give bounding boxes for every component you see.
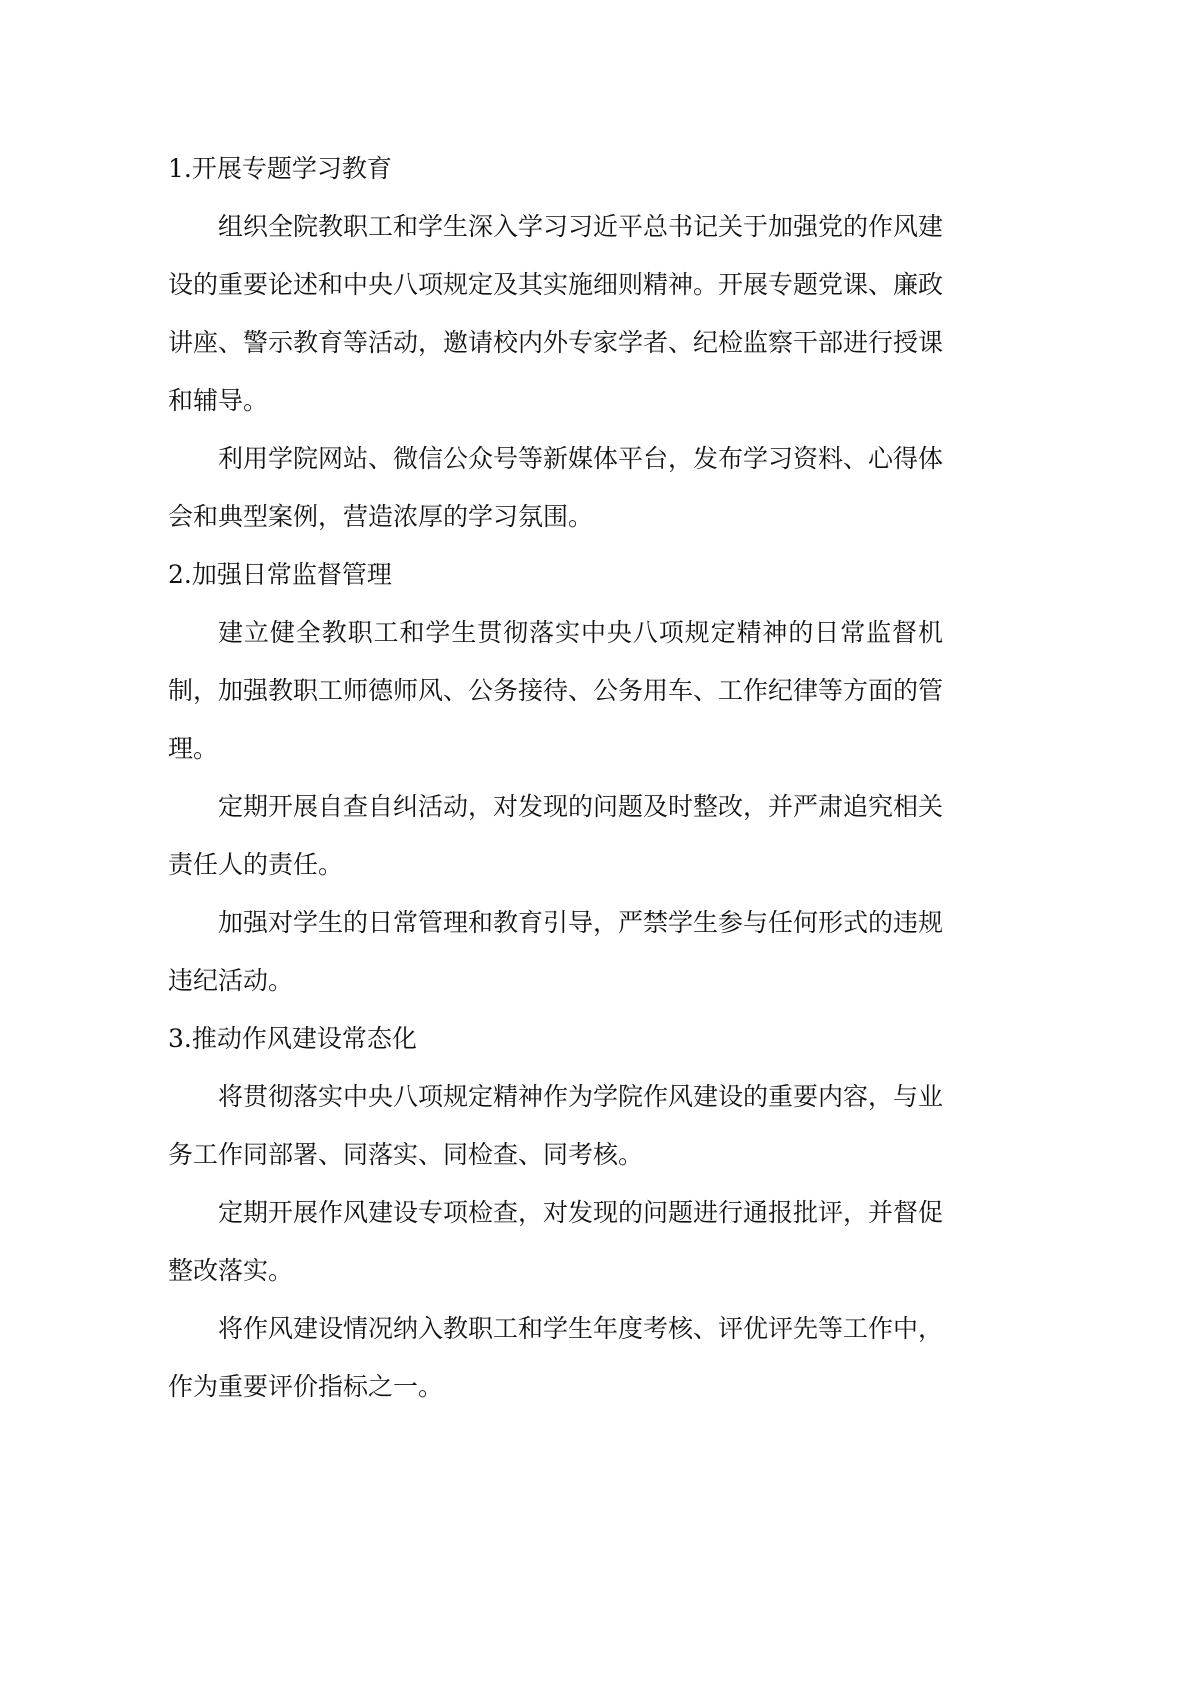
paragraph: 建立健全教职工和学生贯彻落实中央八项规定精神的日常监督机制，加强教职工师德师风、… (168, 604, 943, 778)
section-heading: 3.推动作风建设常态化 (168, 1010, 943, 1068)
document-page: 1.开展专题学习教育 组织全院教职工和学生深入学习习近平总书记关于加强党的作风建… (168, 140, 943, 1416)
paragraph: 定期开展作风建设专项检查，对发现的问题进行通报批评，并督促整改落实。 (168, 1184, 943, 1300)
paragraph: 组织全院教职工和学生深入学习习近平总书记关于加强党的作风建设的重要论述和中央八项… (168, 198, 943, 430)
section-heading: 2.加强日常监督管理 (168, 546, 943, 604)
paragraph: 将贯彻落实中央八项规定精神作为学院作风建设的重要内容，与业务工作同部署、同落实、… (168, 1068, 943, 1184)
paragraph: 加强对学生的日常管理和教育引导，严禁学生参与任何形式的违规违纪活动。 (168, 894, 943, 1010)
paragraph: 定期开展自查自纠活动，对发现的问题及时整改，并严肃追究相关责任人的责任。 (168, 778, 943, 894)
paragraph: 将作风建设情况纳入教职工和学生年度考核、评优评先等工作中，作为重要评价指标之一。 (168, 1300, 943, 1416)
paragraph: 利用学院网站、微信公众号等新媒体平台，发布学习资料、心得体会和典型案例，营造浓厚… (168, 430, 943, 546)
section-2: 2.加强日常监督管理 建立健全教职工和学生贯彻落实中央八项规定精神的日常监督机制… (168, 546, 943, 1010)
section-heading: 1.开展专题学习教育 (168, 140, 943, 198)
section-1: 1.开展专题学习教育 组织全院教职工和学生深入学习习近平总书记关于加强党的作风建… (168, 140, 943, 546)
section-3: 3.推动作风建设常态化 将贯彻落实中央八项规定精神作为学院作风建设的重要内容，与… (168, 1010, 943, 1416)
